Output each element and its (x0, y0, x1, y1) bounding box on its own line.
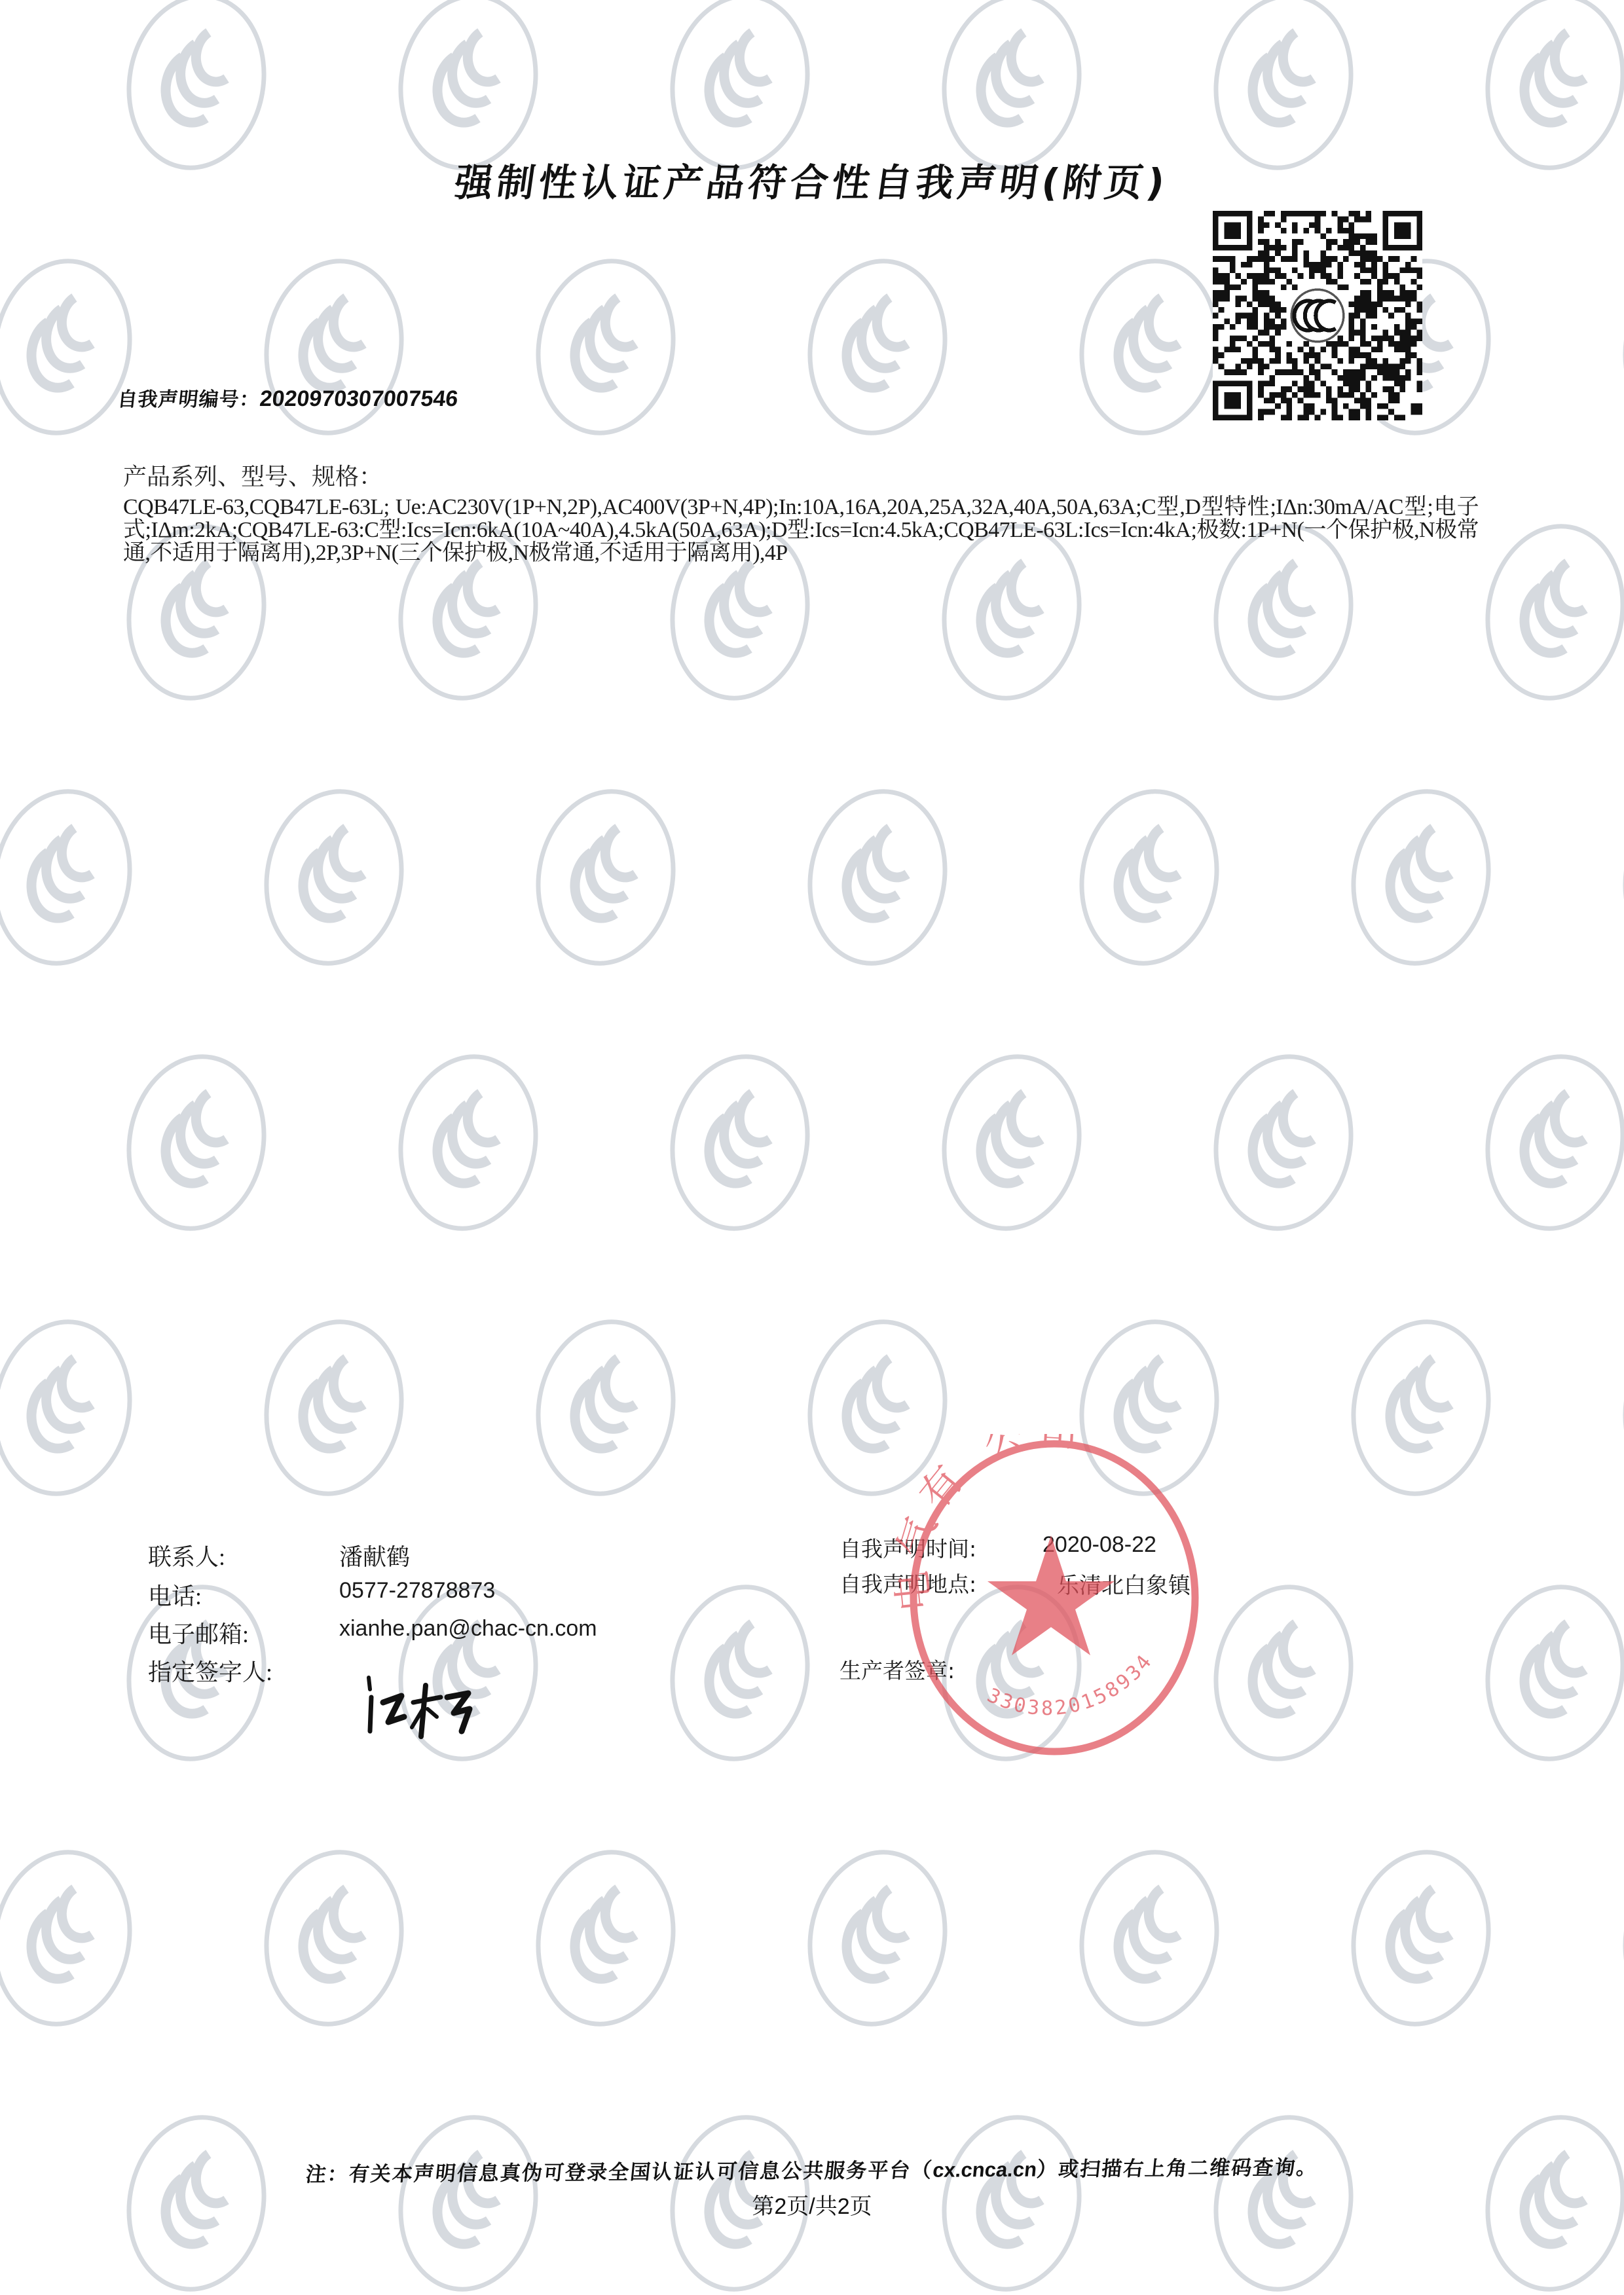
email-value: xianhe.pan@chac-cn.com (339, 1616, 597, 1642)
ccc-watermark-icon (1069, 1841, 1230, 2034)
ccc-watermark-icon (0, 250, 143, 443)
footer-note-prefix: 注：有关本声明信息真伪可登录全国认证认可信息公共服务平台（ (304, 2159, 934, 2187)
ccc-watermark-icon (525, 1841, 687, 2034)
ccc-watermark-icon (1612, 250, 1624, 443)
handwritten-signature (363, 1671, 494, 1743)
document-title: 强制性认证产品符合性自我声明(附页) (0, 152, 1624, 207)
ccc-watermark-icon (1340, 1311, 1502, 1504)
ccc-watermark-icon (797, 250, 959, 443)
declaration-number: 2020970307007546 (259, 386, 460, 411)
ccc-watermark-icon (525, 250, 687, 443)
ccc-watermark-icon (525, 1311, 687, 1504)
verification-url-link[interactable]: cx.cnca.cn (932, 2158, 1038, 2182)
ccc-watermark-icon (1475, 515, 1624, 708)
ccc-watermark-icon (1612, 1841, 1624, 2034)
phone-label: 电话: (148, 1578, 202, 1611)
product-spec-text: CQB47LE-63,CQB47LE-63L; Ue:AC230V(1P+N,2… (123, 496, 1479, 564)
ccc-watermark-icon (0, 780, 143, 974)
declaration-number-label: 自我声明编号： (117, 388, 261, 411)
page-indicator: 第2页/共2页 (0, 2188, 1624, 2220)
contact-person-label: 联系人: (148, 1539, 225, 1572)
ccc-watermark-icon (0, 1311, 143, 1504)
footer-note-suffix: ）或扫描右上角二维码查询。 (1035, 2156, 1319, 2182)
ccc-watermark-icon (1069, 780, 1230, 974)
ccc-watermark-icon (797, 780, 959, 974)
footer-note: 注：有关本声明信息真伪可登录全国认证认可信息公共服务平台（cx.cnca.cn）… (0, 2148, 1624, 2189)
ccc-logo-icon (1291, 289, 1344, 342)
company-seal-stamp: 电气有 公司 3303820158934 (881, 1434, 1221, 1761)
svg-text:3303820158934: 3303820158934 (984, 1649, 1158, 1720)
contact-person: 潘献鹤 (339, 1539, 410, 1572)
ccc-watermark-icon (253, 1311, 415, 1504)
ccc-watermark-icon (1203, 1576, 1365, 1769)
ccc-watermark-icon (388, 1046, 549, 1239)
ccc-watermark-icon (659, 1576, 821, 1769)
ccc-watermark-icon (0, 1841, 143, 2034)
ccc-watermark-icon (931, 1046, 1093, 1239)
email-label: 电子邮箱: (148, 1616, 249, 1649)
ccc-watermark-icon (116, 1046, 278, 1239)
ccc-watermark-icon (253, 780, 415, 974)
ccc-watermark-icon (253, 250, 415, 443)
star-icon (987, 1535, 1115, 1655)
signatory-label: 指定签字人: (148, 1654, 272, 1687)
product-spec-label: 产品系列、型号、规格： (123, 458, 382, 492)
qr-code-icon[interactable] (1213, 211, 1422, 420)
ccc-watermark-icon (1340, 1841, 1502, 2034)
ccc-watermark-icon (1475, 1046, 1624, 1239)
ccc-watermark-icon (1612, 780, 1624, 974)
phone-value: 0577-27878873 (339, 1578, 495, 1604)
ccc-watermark-icon (1612, 1311, 1624, 1504)
ccc-watermark-icon (1203, 1046, 1365, 1239)
ccc-watermark-icon (1069, 250, 1230, 443)
ccc-watermark-icon (253, 1841, 415, 2034)
declaration-number-row: 自我声明编号：2020970307007546 (117, 383, 460, 412)
ccc-watermark-icon (525, 780, 687, 974)
ccc-watermark-icon (1475, 1576, 1624, 1769)
seal-serial-number: 3303820158934 (984, 1649, 1158, 1720)
ccc-watermark-icon (659, 1046, 821, 1239)
ccc-watermark-icon (797, 1841, 959, 2034)
ccc-watermark-icon (1340, 780, 1502, 974)
